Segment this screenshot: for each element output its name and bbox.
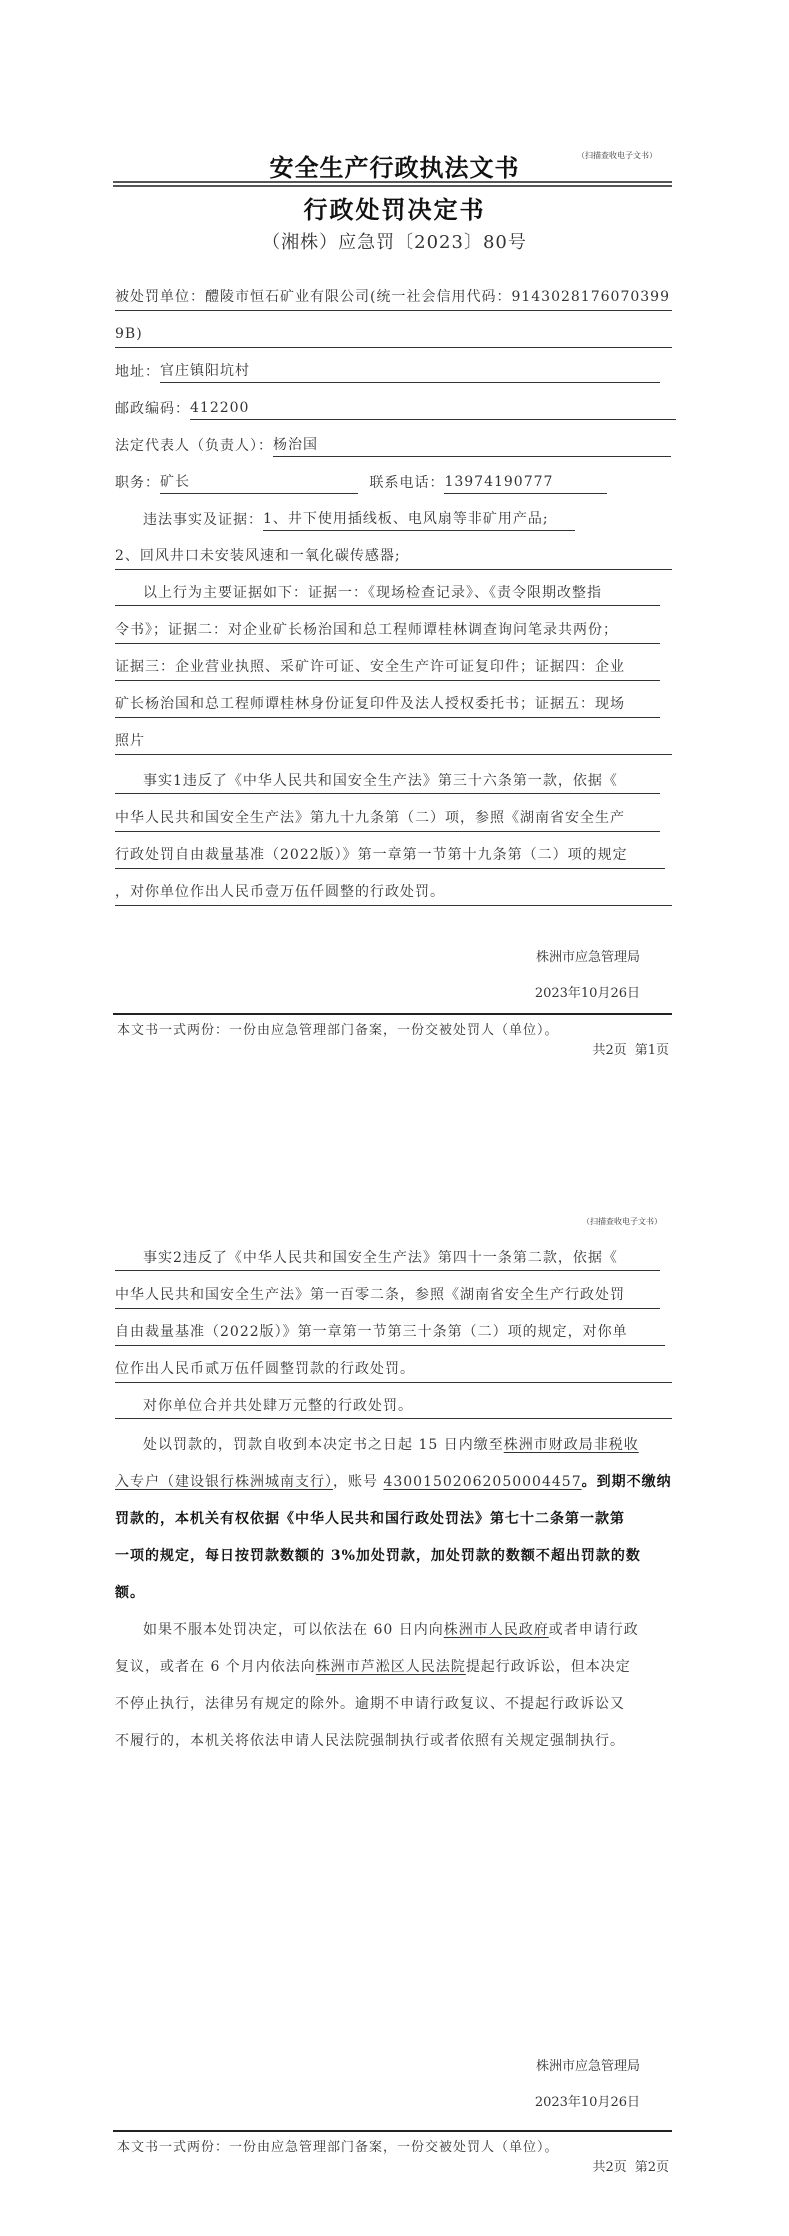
issuing-agency: 株洲市应急管理局 [0, 946, 640, 965]
page-title: 行政处罚决定书 [0, 190, 789, 225]
evidence-line: 令书》；证据二：对企业矿长杨治国和总工程师谭桂林调查询问笔录共两份； [115, 619, 660, 644]
appeal-line: 复议，或者在 6 个月内依法向株洲市芦淞区人民法院提起行政诉讼，但本决定 [115, 1656, 672, 1680]
payment-bank: 入专户（建设银行株洲城南支行） [115, 1474, 333, 1490]
penalized-unit-field-cont: 9B) [115, 323, 672, 348]
payment-account-number: 43001502062050004457 [383, 1474, 581, 1490]
evidence-line: 证据三：企业营业执照、采矿许可证、安全生产许可证复印件；证据四：企业 [115, 656, 660, 681]
fact-2-line: 位作出人民币贰万伍仟圆整罚款的行政处罚。 [115, 1358, 672, 1383]
combined-penalty: 对你单位合并共处肆万元整的行政处罚。 [115, 1395, 672, 1419]
fact-1-line: 事实1违反了《中华人民共和国安全生产法》第三十六条第一款，依据《 [115, 770, 660, 794]
address-value: 官庄镇阳坑村 [160, 363, 250, 379]
position-phone-field: 职务：矿长 联系电话：13974190777 [115, 471, 672, 495]
court-name: 株洲市芦淞区人民法院 [316, 1659, 466, 1675]
footer-rule [113, 2130, 672, 2132]
penalized-unit-value: 醴陵市恒石矿业有限公司(统一社会信用代码：9143028176070399 [205, 289, 670, 305]
address-field: 地址：官庄镇阳坑村 [115, 360, 672, 384]
late-payment-warning: 罚款的，本机关有权依据《中华人民共和国行政处罚法》第七十二条第一款第 [115, 1508, 672, 1532]
evidence-line: 以上行为主要证据如下：证据一：《现场检查记录》、《责令限期改整指 [115, 582, 660, 606]
legal-representative-field: 法定代表人（负责人）：杨治国 [115, 434, 672, 458]
appeal-line: 不停止执行，法律另有规定的除外。逾期不申请行政复议、不提起行政诉讼又 [115, 1693, 672, 1717]
late-payment-warning: 一项的规定，每日按罚款数额的 3%加处罚款，加处罚款的数额不超出罚款的数 [115, 1545, 672, 1569]
document-type-title: 安全生产行政执法文书 [0, 148, 789, 183]
appeal-line: 如果不服本处罚决定，可以依法在 60 日内向株洲市人民政府或者申请行政 [115, 1619, 672, 1643]
review-authority: 株洲市人民政府 [444, 1622, 549, 1638]
header-double-rule [113, 181, 672, 187]
payment-account-holder: 株洲市财政局非税收 [504, 1437, 639, 1453]
payment-line: 处以罚款的，罚款自收到本决定书之日起 15 日内缴至株洲市财政局非税收 [115, 1434, 672, 1458]
fact-1-line: 行政处罚自由裁量基准（2022版）》第一章第一节第十九条第（二）项的规定 [115, 844, 665, 869]
page-count: 共2页第1页 [0, 1039, 669, 1058]
evidence-line: 矿长杨治国和总工程师谭桂林身份证复印件及法人授权委托书；证据五：现场 [115, 693, 660, 718]
copies-note: 本文书一式两份：一份由应急管理部门备案，一份交被处罚人（单位）。 [117, 1019, 559, 1038]
postal-code-field: 邮政编码：412200 [115, 397, 672, 421]
violation-item-2: 2、回风井口未安装风速和一氧化碳传感器; [115, 545, 672, 570]
fact-2-line: 自由裁量基准（2022版）》第一章第一节第三十条第（二）项的规定，对你单 [115, 1321, 665, 1346]
violation-item-1: 1、井下使用插线板、电风扇等非矿用产品; [263, 511, 549, 527]
fact-1-line: ，对你单位作出人民币壹万伍仟圆整的行政处罚。 [115, 881, 672, 906]
issuing-agency: 株洲市应急管理局 [0, 2055, 640, 2074]
legal-representative-value: 杨治国 [273, 437, 318, 453]
page-count: 共2页第2页 [0, 2156, 669, 2175]
position-value: 矿长 [160, 474, 190, 490]
late-payment-warning: 额。 [115, 1582, 672, 1606]
issue-date: 2023年10月26日 [0, 982, 640, 1001]
fact-2-line: 中华人民共和国安全生产法》第一百零二条，参照《湖南省安全生产行政处罚 [115, 1284, 660, 1309]
fact-2-line: 事实2违反了《中华人民共和国安全生产法》第四十一条第二款，依据《 [115, 1247, 660, 1271]
payment-line: 入专户（建设银行株洲城南支行），账号 43001502062050004457。… [115, 1471, 672, 1495]
issue-date: 2023年10月26日 [0, 2091, 640, 2110]
postal-code-value: 412200 [190, 400, 249, 416]
violation-facts-label: 违法事实及证据：1、井下使用插线板、电风扇等非矿用产品; [115, 508, 672, 532]
document-number: （湘株）应急罚〔2023〕80号 [0, 228, 789, 254]
copies-note: 本文书一式两份：一份由应急管理部门备案，一份交被处罚人（单位）。 [117, 2136, 559, 2155]
penalized-unit-field: 被处罚单位：醴陵市恒石矿业有限公司(统一社会信用代码：9143028176070… [115, 286, 672, 311]
appeal-line: 不履行的，本机关将依法申请人民法院强制执行或者依照有关规定强制执行。 [115, 1730, 672, 1754]
scan-note: （扫描查收电子文书） [582, 1216, 662, 1227]
evidence-line: 照片 [115, 730, 672, 755]
phone-value: 13974190777 [444, 474, 553, 490]
footer-rule [113, 1013, 672, 1015]
fact-1-line: 中华人民共和国安全生产法》第九十九条第（二）项，参照《湖南省安全生产 [115, 807, 660, 832]
